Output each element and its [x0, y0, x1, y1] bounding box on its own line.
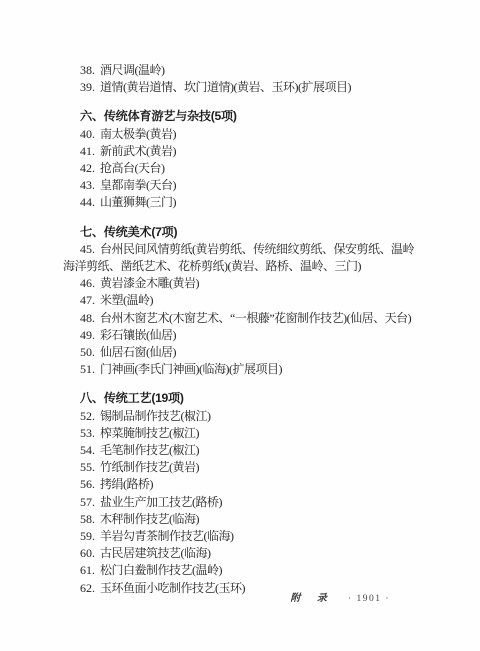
section: 七、传统美术(7项)45.台州民间风情剪纸(黄岩剪纸、传统细纹剪纸、保安剪纸、温…: [63, 224, 425, 379]
item-number: 51.: [80, 362, 95, 376]
item-text: 榨菜腌制技艺(椒江): [100, 426, 199, 440]
item-text: 毛笔制作技艺(椒江): [100, 443, 199, 457]
item-text: 木秤制作技艺(临海): [100, 512, 199, 526]
item-text: 酒尺调(温岭): [100, 63, 165, 77]
list-item: 56.拷绢(路桥): [63, 476, 425, 493]
item-number: 53.: [80, 426, 95, 440]
item-text: 彩石镶嵌(仙居): [100, 328, 176, 342]
list-item: 61.松门白鲞制作技艺(温岭): [63, 562, 425, 579]
item-number: 39.: [80, 80, 95, 94]
item-text: 米塑(温岭): [100, 293, 153, 307]
item-number: 49.: [80, 328, 95, 342]
item-number: 45.: [80, 242, 95, 256]
section: 八、传统工艺(19项)52.锡制品制作技艺(椒江)53.榨菜腌制技艺(椒江)54…: [63, 390, 425, 596]
item-text: 台州木窗艺术(木窗艺术、“一根藤”花窗制作技艺)(仙居、天台): [100, 311, 411, 325]
item-text: 新前武术(黄岩): [100, 144, 176, 158]
item-number: 54.: [80, 443, 95, 457]
item-text: 锡制品制作技艺(椒江): [100, 409, 211, 423]
item-number: 42.: [80, 161, 95, 175]
item-number: 48.: [80, 311, 95, 325]
document-page: { "doc": { "sections": [ { "heading": ""…: [0, 0, 480, 651]
item-number: 62.: [80, 581, 95, 595]
item-number: 52.: [80, 409, 95, 423]
item-number: 43.: [80, 178, 95, 192]
section: 六、传统体育游艺与杂技(5项)40.南太极拳(黄岩)41.新前武术(黄岩)42.…: [63, 108, 425, 211]
item-number: 55.: [80, 460, 95, 474]
list-item: 60.古民居建筑技艺(临海): [63, 545, 425, 562]
item-text: 抢高台(天台): [100, 161, 165, 175]
list-item: 59.羊岩勾青茶制作技艺(临海): [63, 528, 425, 545]
item-text: 羊岩勾青茶制作技艺(临海): [100, 529, 234, 543]
page-footer: 附 录 · 1901 ·: [290, 589, 390, 604]
page-number: · 1901 ·: [348, 594, 390, 604]
list-item: 43.皇都南拳(天台): [63, 177, 425, 194]
list-item: 58.木秤制作技艺(临海): [63, 511, 425, 528]
item-text: 台州民间风情剪纸(黄岩剪纸、传统细纹剪纸、保安剪纸、温岭海洋剪纸、凿纸艺术、花桥…: [63, 242, 414, 273]
item-number: 40.: [80, 127, 95, 141]
item-number: 61.: [80, 563, 95, 577]
item-number: 46.: [80, 276, 95, 290]
item-number: 58.: [80, 512, 95, 526]
item-text: 皇都南拳(天台): [100, 178, 176, 192]
item-number: 56.: [80, 477, 95, 491]
list-item: 53.榨菜腌制技艺(椒江): [63, 425, 425, 442]
item-text: 山董狮舞(三门): [100, 195, 176, 209]
list-item: 54.毛笔制作技艺(椒江): [63, 442, 425, 459]
list-item: 57.盐业生产加工技艺(路桥): [63, 494, 425, 511]
list-item: 42.抢高台(天台): [63, 160, 425, 177]
section-heading: 八、传统工艺(19项): [63, 390, 425, 407]
item-text: 仙居石窗(仙居): [100, 345, 176, 359]
list-item: 51.门神画(李氏门神画)(临海)(扩展项目): [63, 361, 425, 378]
item-text: 松门白鲞制作技艺(温岭): [100, 563, 222, 577]
item-text: 南太极拳(黄岩): [100, 127, 176, 141]
section-heading: 七、传统美术(7项): [63, 224, 425, 241]
list-item: 48.台州木窗艺术(木窗艺术、“一根藤”花窗制作技艺)(仙居、天台): [63, 310, 425, 327]
item-number: 44.: [80, 195, 95, 209]
item-number: 57.: [80, 495, 95, 509]
item-text: 道情(黄岩道情、坎门道情)(黄岩、玉环)(扩展项目): [100, 80, 351, 94]
list-item: 39.道情(黄岩道情、坎门道情)(黄岩、玉环)(扩展项目): [63, 79, 425, 96]
list-item: 55.竹纸制作技艺(黄岩): [63, 459, 425, 476]
item-text: 玉环鱼面小吃制作技艺(玉环): [100, 581, 245, 595]
list-item: 50.仙居石窗(仙居): [63, 344, 425, 361]
running-title: 附 录: [290, 589, 334, 604]
item-text: 门神画(李氏门神画)(临海)(扩展项目): [100, 362, 282, 376]
list-item: 49.彩石镶嵌(仙居): [63, 327, 425, 344]
item-number: 47.: [80, 293, 95, 307]
list-item: 40.南太极拳(黄岩): [63, 126, 425, 143]
section: 38.酒尺调(温岭)39.道情(黄岩道情、坎门道情)(黄岩、玉环)(扩展项目): [63, 62, 425, 96]
item-number: 59.: [80, 529, 95, 543]
item-text: 古民居建筑技艺(临海): [100, 546, 211, 560]
list-item: 41.新前武术(黄岩): [63, 143, 425, 160]
list-item: 47.米塑(温岭): [63, 292, 425, 309]
item-number: 38.: [80, 63, 95, 77]
item-text: 拷绢(路桥): [100, 477, 153, 491]
item-number: 41.: [80, 144, 95, 158]
item-text: 盐业生产加工技艺(路桥): [100, 495, 222, 509]
item-number: 50.: [80, 345, 95, 359]
list-item: 46.黄岩漆金木雕(黄岩): [63, 275, 425, 292]
list-item: 44.山董狮舞(三门): [63, 194, 425, 211]
list-item: 52.锡制品制作技艺(椒江): [63, 408, 425, 425]
list-item: 38.酒尺调(温岭): [63, 62, 425, 79]
item-number: 60.: [80, 546, 95, 560]
list-item: 45.台州民间风情剪纸(黄岩剪纸、传统细纹剪纸、保安剪纸、温岭海洋剪纸、凿纸艺术…: [63, 241, 425, 275]
item-text: 竹纸制作技艺(黄岩): [100, 460, 199, 474]
item-text: 黄岩漆金木雕(黄岩): [100, 276, 199, 290]
section-heading: 六、传统体育游艺与杂技(5项): [63, 108, 425, 125]
heritage-list: 38.酒尺调(温岭)39.道情(黄岩道情、坎门道情)(黄岩、玉环)(扩展项目)六…: [63, 62, 425, 597]
